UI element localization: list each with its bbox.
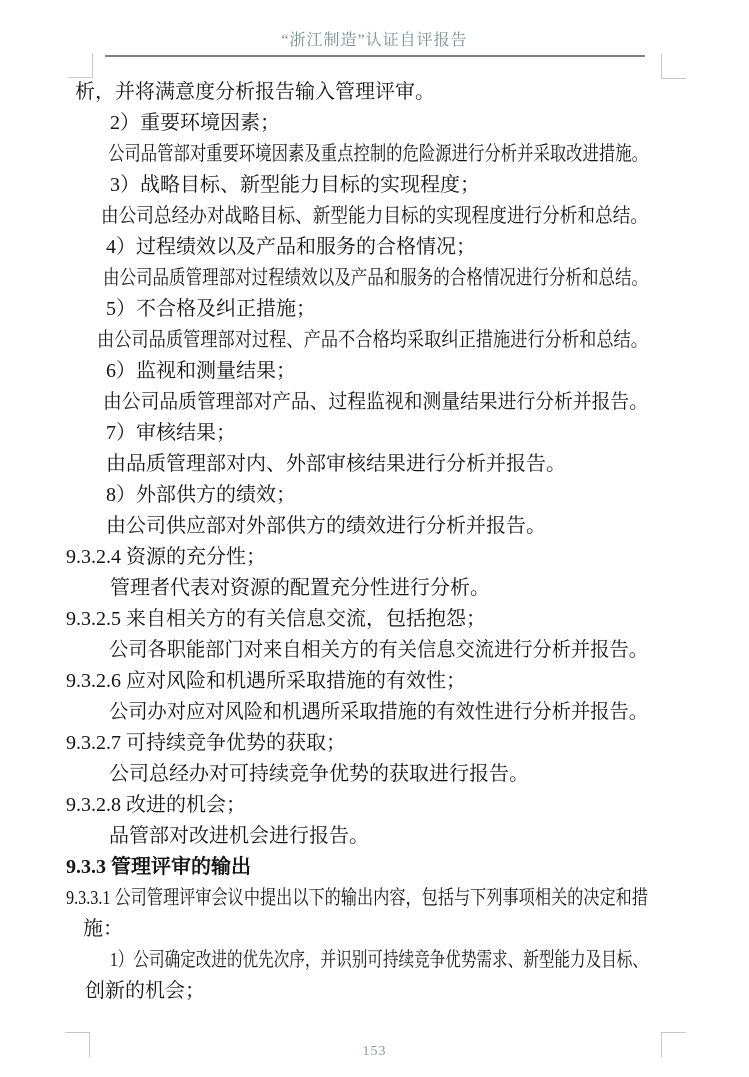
- text-line: 9.3.3 管理评审的输出: [66, 852, 648, 883]
- text-line-content: 9.3.3.1 公司管理评审会议中提出以下的输出内容，包括与下列事项相关的决定和…: [66, 883, 648, 914]
- text-line-content: 品管部对改进机会进行报告。: [109, 821, 369, 852]
- text-line-content: 施：: [83, 914, 123, 945]
- document-body: 析，并将满意度分析报告输入管理评审。2）重要环境因素；公司品管部对重要环境因素及…: [66, 77, 648, 1007]
- text-line: 9.3.2.7 可持续竞争优势的获取；: [66, 728, 648, 759]
- text-line-content: 1）公司确定改进的优先次序，并识别可持续竞争优势需求、新型能力及目标、: [110, 945, 648, 976]
- text-line-content: 9.3.2.8 改进的机会；: [66, 790, 246, 821]
- text-line: 9.3.2.6 应对风险和机遇所采取措施的有效性；: [66, 666, 648, 697]
- text-line: 由公司供应部对外部供方的绩效进行分析并报告。: [66, 511, 648, 542]
- text-line-content: 7）审核结果；: [106, 418, 236, 449]
- text-line: 2）重要环境因素；: [66, 108, 648, 139]
- text-boundary-mark-top-right: [661, 54, 686, 79]
- document-page: “浙江制造”认证自评报告 析，并将满意度分析报告输入管理评审。2）重要环境因素；…: [0, 0, 749, 1077]
- text-line: 由公司品质管理部对产品、过程监视和测量结果进行分析并报告。: [66, 387, 648, 418]
- text-line-content: 由公司品质管理部对过程、产品不合格均采取纠正措施进行分析和总结。: [97, 325, 648, 356]
- text-line: 7）审核结果；: [66, 418, 648, 449]
- text-line-content: 2）重要环境因素；: [110, 108, 280, 139]
- text-line-content: 创新的机会；: [85, 976, 205, 1007]
- text-line: 由公司总经办对战略目标、新型能力目标的实现程度进行分析和总结。: [66, 201, 648, 232]
- header-rule: [105, 55, 645, 57]
- page-number: 153: [0, 1044, 749, 1060]
- text-line: 1）公司确定改进的优先次序，并识别可持续竞争优势需求、新型能力及目标、: [66, 945, 648, 976]
- text-line: 品管部对改进机会进行报告。: [66, 821, 648, 852]
- text-line: 施：: [66, 914, 648, 945]
- text-boundary-mark-top-left: [68, 53, 93, 78]
- text-line: 9.3.3.1 公司管理评审会议中提出以下的输出内容，包括与下列事项相关的决定和…: [66, 883, 648, 914]
- text-line-content: 由公司品质管理部对过程绩效以及产品和服务的合格情况进行分析和总结。: [103, 263, 648, 294]
- text-line-content: 5）不合格及纠正措施；: [106, 294, 316, 325]
- text-line-content: 由品质管理部对内、外部审核结果进行分析并报告。: [106, 449, 566, 480]
- text-line-content: 由公司总经办对战略目标、新型能力目标的实现程度进行分析和总结。: [101, 201, 648, 232]
- text-line-content: 管理者代表对资源的配置充分性进行分析。: [110, 573, 490, 604]
- text-line: 5）不合格及纠正措施；: [66, 294, 648, 325]
- text-line-content: 4）过程绩效以及产品和服务的合格情况；: [106, 232, 476, 263]
- text-line: 4）过程绩效以及产品和服务的合格情况；: [66, 232, 648, 263]
- text-line: 公司品管部对重要环境因素及重点控制的危险源进行分析并采取改进措施。: [66, 139, 648, 170]
- text-line-content: 9.3.2.7 可持续竞争优势的获取；: [66, 728, 346, 759]
- text-line-content: 析，并将满意度分析报告输入管理评审。: [75, 77, 435, 108]
- text-line-content: 9.3.2.4 资源的充分性；: [66, 542, 266, 573]
- text-line-content: 9.3.2.5 来自相关方的有关信息交流，包括抱怨；: [66, 604, 486, 635]
- text-line-content: 6）监视和测量结果；: [106, 356, 296, 387]
- text-line: 3）战略目标、新型能力目标的实现程度；: [66, 170, 648, 201]
- text-line: 公司各职能部门对来自相关方的有关信息交流进行分析并报告。: [66, 635, 648, 666]
- text-line: 公司办对应对风险和机遇所采取措施的有效性进行分析并报告。: [66, 697, 648, 728]
- text-line: 9.3.2.4 资源的充分性；: [66, 542, 648, 573]
- text-line: 公司总经办对可持续竞争优势的获取进行报告。: [66, 759, 648, 790]
- text-line-content: 公司总经办对可持续竞争优势的获取进行报告。: [109, 759, 529, 790]
- text-line: 由品质管理部对内、外部审核结果进行分析并报告。: [66, 449, 648, 480]
- text-line: 9.3.2.8 改进的机会；: [66, 790, 648, 821]
- text-line-content: 9.3.2.6 应对风险和机遇所采取措施的有效性；: [66, 666, 466, 697]
- text-line: 由公司品质管理部对过程绩效以及产品和服务的合格情况进行分析和总结。: [66, 263, 648, 294]
- text-line: 创新的机会；: [66, 976, 648, 1007]
- text-line-content: 由公司供应部对外部供方的绩效进行分析并报告。: [106, 511, 546, 542]
- text-line-content: 3）战略目标、新型能力目标的实现程度；: [110, 170, 480, 201]
- text-line: 由公司品质管理部对过程、产品不合格均采取纠正措施进行分析和总结。: [66, 325, 648, 356]
- text-line-content: 8）外部供方的绩效；: [106, 480, 296, 511]
- text-line-content: 公司各职能部门对来自相关方的有关信息交流进行分析并报告。: [109, 635, 648, 666]
- text-line: 6）监视和测量结果；: [66, 356, 648, 387]
- text-line: 8）外部供方的绩效；: [66, 480, 648, 511]
- text-line: 管理者代表对资源的配置充分性进行分析。: [66, 573, 648, 604]
- text-line: 析，并将满意度分析报告输入管理评审。: [66, 77, 648, 108]
- text-line-content: 9.3.3 管理评审的输出: [66, 852, 251, 883]
- text-line-content: 由公司品质管理部对产品、过程监视和测量结果进行分析并报告。: [103, 387, 648, 418]
- text-line-content: 公司办对应对风险和机遇所采取措施的有效性进行分析并报告。: [109, 697, 648, 728]
- text-line: 9.3.2.5 来自相关方的有关信息交流，包括抱怨；: [66, 604, 648, 635]
- page-header-title: “浙江制造”认证自评报告: [0, 27, 749, 50]
- text-line-content: 公司品管部对重要环境因素及重点控制的危险源进行分析并采取改进措施。: [108, 139, 648, 170]
